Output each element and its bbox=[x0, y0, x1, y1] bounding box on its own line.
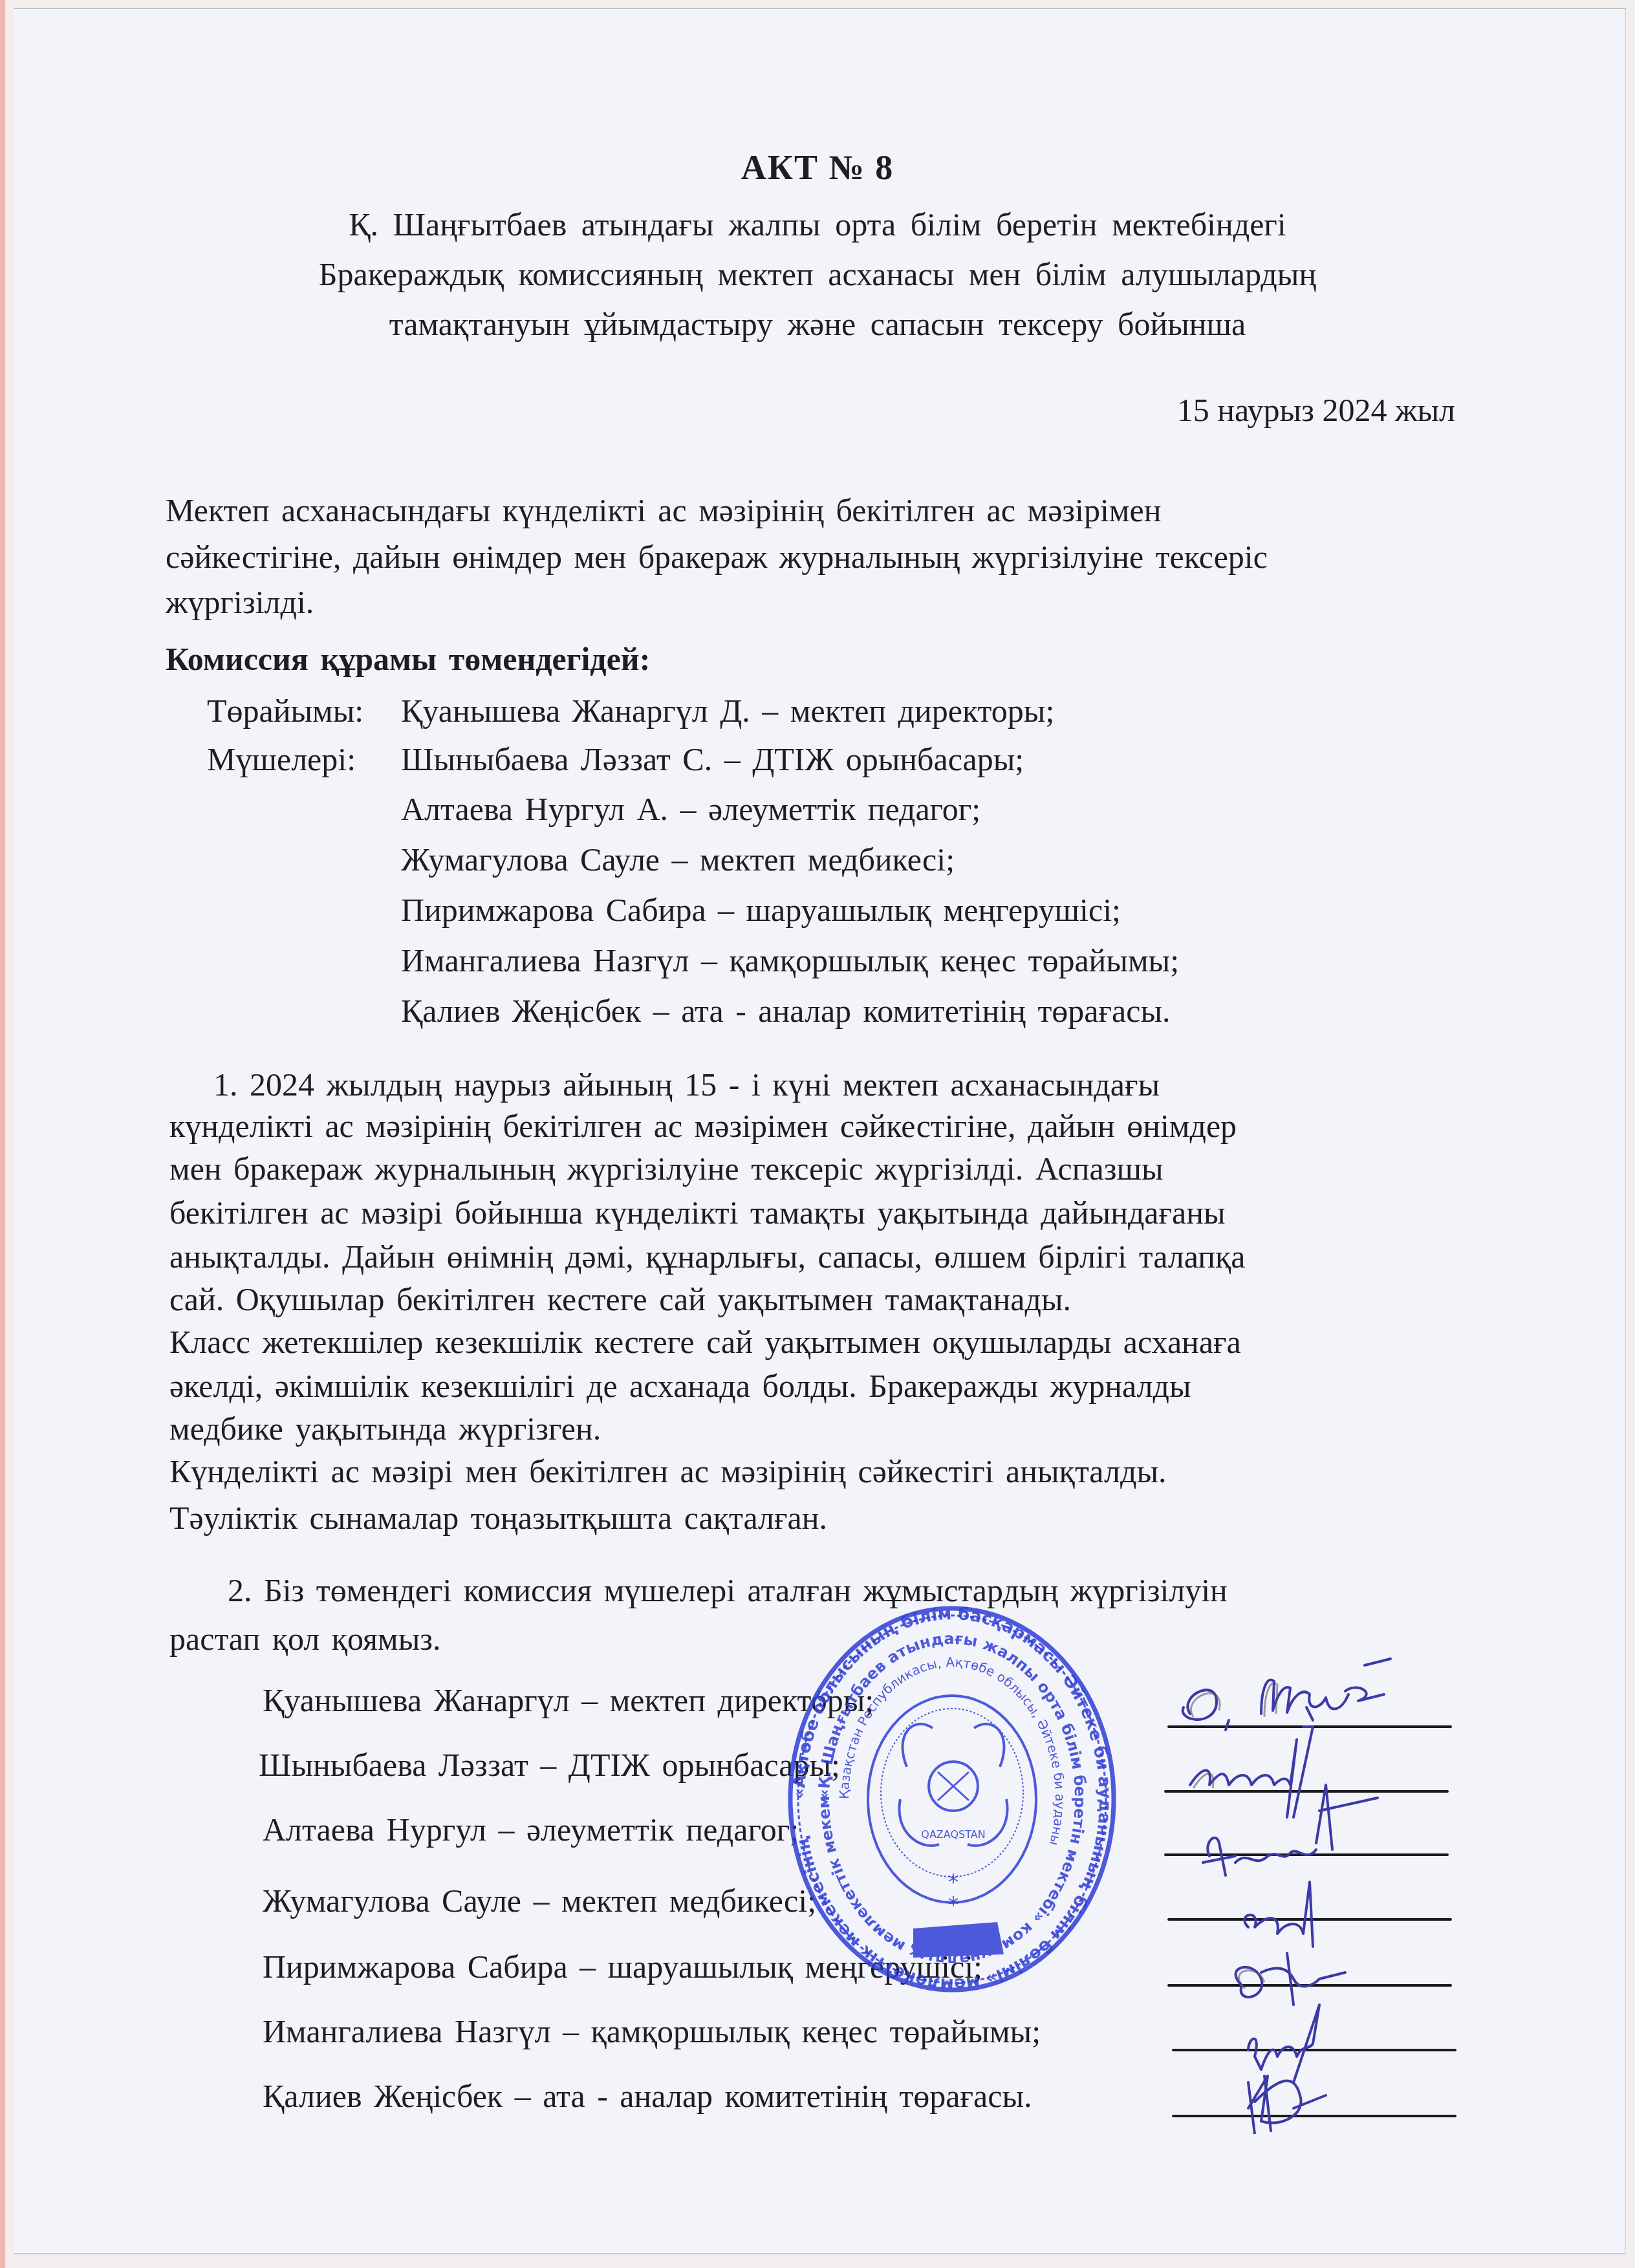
section1-line: Класс жетекшілер кезекшілік кестеге сай … bbox=[169, 1323, 1241, 1361]
signatory-entry: Қуанышева Жанаргүл – мектеп директоры; bbox=[263, 1681, 874, 1719]
section1-line: күнделікті ас мәзірінің бекітілген ас мә… bbox=[169, 1107, 1237, 1145]
handwritten-signatures bbox=[1164, 1656, 1462, 2134]
section2-line: растап қол қоямыз. bbox=[169, 1620, 441, 1658]
section1-line: анықталды. Дайын өнімнің дәмі, құнарлығы… bbox=[169, 1238, 1246, 1275]
signatory-entry: Қалиев Жеңісбек – ата - аналар комитетін… bbox=[263, 2077, 1032, 2115]
section1-line: мен бракераж журналының жүргізілуіне тек… bbox=[169, 1150, 1164, 1187]
intro-line-2: сәйкестігіне, дайын өнімдер мен бракераж… bbox=[166, 538, 1268, 576]
section1-line: сай. Оқушылар бекітілген кестеге сай уақ… bbox=[169, 1280, 1071, 1318]
subtitle-line-2: Бракераждық комиссияның мектеп асханасы … bbox=[0, 255, 1635, 293]
member-entry: Жумагулова Сауле – мектеп медбикесі; bbox=[401, 841, 955, 878]
member-entry: Пиримжарова Сабира – шаруашылық меңгеруш… bbox=[401, 891, 1121, 929]
section1-line: Күнделікті ас мәзірі мен бекітілген ас м… bbox=[169, 1453, 1166, 1490]
signatory-entry: Шыныбаева Ләззат – ДТІЖ орынбасары; bbox=[259, 1746, 840, 1784]
document-date: 15 наурыз 2024 жыл bbox=[1177, 391, 1455, 429]
chair-entry: Қуанышева Жанаргүл Д. – мектеп директоры… bbox=[401, 692, 1054, 729]
document-title: АКТ № 8 bbox=[0, 147, 1635, 188]
signatory-entry: Имангалиева Назгүл – қамқоршылық кеңес т… bbox=[263, 2013, 1041, 2050]
commission-heading: Комиссия құрамы төмендегідей: bbox=[166, 640, 650, 678]
signatory-entry: Жумагулова Сауле – мектеп медбикесі; bbox=[263, 1882, 816, 1919]
subtitle-line-3: тамақтануын ұйымдастыру және сапасын тек… bbox=[0, 305, 1635, 343]
intro-line-3: жүргізілді. bbox=[166, 583, 314, 621]
members-label: Мүшелері: bbox=[207, 740, 356, 778]
subtitle-line-1: Қ. Шаңғытбаев атындағы жалпы орта білім … bbox=[0, 206, 1635, 243]
member-entry: Алтаева Нургул А. – әлеуметтік педагог; bbox=[401, 790, 980, 828]
section1-line: 1. 2024 жылдың наурыз айының 15 - і күні… bbox=[213, 1066, 1160, 1103]
stamp-bar bbox=[913, 1922, 1004, 1958]
intro-line-1: Мектеп асханасындағы күнделікті ас мәзір… bbox=[166, 491, 1161, 529]
section1-line: медбике уақытында жүргізген. bbox=[169, 1410, 601, 1447]
section1-line: әкелді, әкімшілік кезекшілігі де асханад… bbox=[169, 1367, 1191, 1405]
member-entry: Имангалиева Назгүл – қамқоршылық кеңес т… bbox=[401, 942, 1179, 979]
signatory-entry: Алтаева Нургул – әлеуметтік педагог; bbox=[263, 1811, 799, 1848]
stamp-emblem-text: QAZAQSTAN bbox=[921, 1828, 985, 1841]
stamp-star-icon: * bbox=[948, 1870, 959, 1895]
section2-line: 2. Біз төмендегі комиссия мүшелері аталғ… bbox=[228, 1571, 1228, 1609]
member-entry: Қалиев Жеңісбек – ата - аналар комитетін… bbox=[401, 992, 1171, 1030]
section1-line: Тәуліктік сынамалар тоңазытқышта сақталғ… bbox=[169, 1499, 827, 1537]
chair-label: Төрайымы: bbox=[207, 692, 363, 729]
stamp-star-icon: * bbox=[948, 1892, 959, 1918]
official-stamp: «Ақтөбе облысының білім басқармасы Әйтек… bbox=[784, 1605, 1120, 1993]
member-entry: Шыныбаева Ләззат С. – ДТІЖ орынбасары; bbox=[401, 740, 1024, 778]
section1-line: бекітілген ас мәзірі бойынша күнделікті … bbox=[169, 1194, 1226, 1231]
